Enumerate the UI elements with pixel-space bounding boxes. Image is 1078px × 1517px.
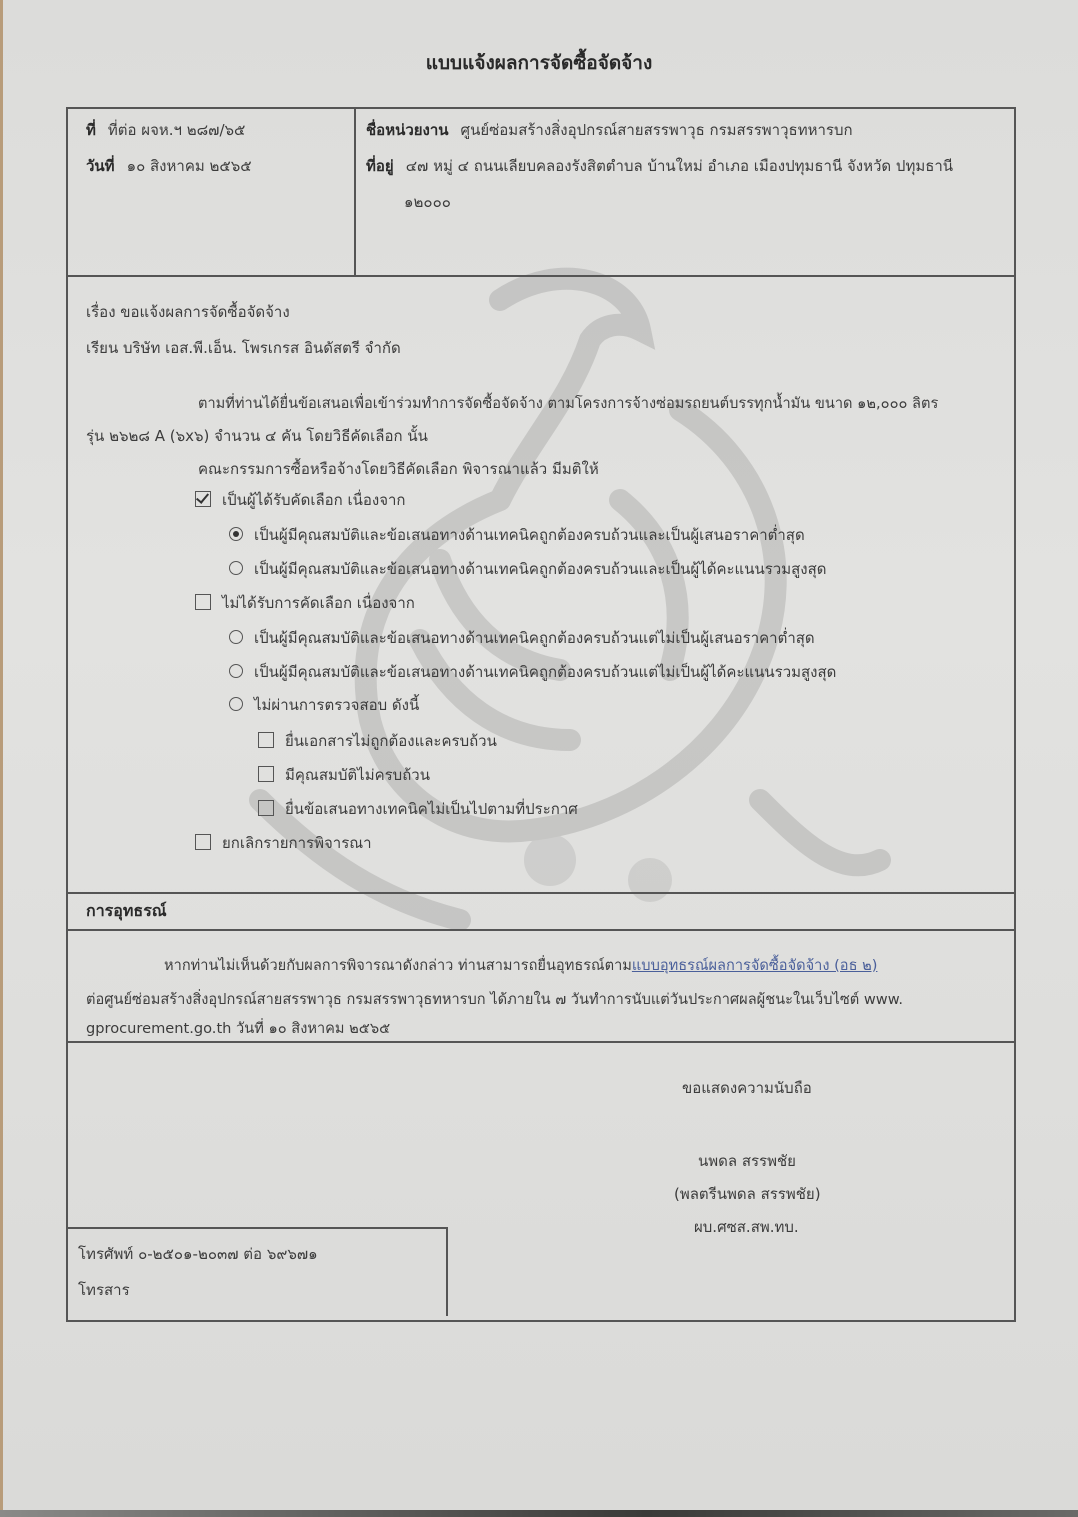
reference-value: ที่ต่อ ผจห.ฯ ๒๘๗/๖๕ [108, 121, 246, 139]
contact-phone: โทรศัพท์ ๐-๒๕๐๑-๒๐๓๗ ต่อ ๖๙๖๗๑ [78, 1242, 318, 1266]
cancelled-checkbox[interactable] [195, 834, 211, 850]
form-frame [66, 107, 1016, 1322]
page-shadow [0, 1510, 1078, 1517]
signer-position: ผบ.ศซส.สพ.ทบ. [694, 1215, 799, 1239]
cancelled-label: ยกเลิกรายการพิจารณา [222, 831, 372, 855]
reason-highest-score-label: เป็นผู้มีคุณสมบัติและข้อเสนอทางด้านเทคนิ… [254, 557, 826, 581]
page-edge [0, 0, 3, 1510]
subject: เรื่อง ขอแจ้งผลการจัดซื้อจัดจ้าง [86, 300, 290, 324]
appeal-bottom-rule [66, 1041, 1016, 1043]
appeal-line1-text: หากท่านไม่เห็นด้วยกับผลการพิจารณาดังกล่า… [164, 957, 632, 974]
reference-label: ที่ [86, 121, 96, 139]
appeal-heading-rule [66, 929, 1016, 931]
header-divider [354, 108, 356, 276]
incomplete-qualification-checkbox[interactable] [258, 766, 274, 782]
contact-fax: โทรสาร [78, 1278, 130, 1302]
committee-decision: คณะกรรมการซื้อหรือจ้างโดยวิธีคัดเลือก พิ… [198, 457, 599, 481]
not-highest-score-radio[interactable] [229, 664, 243, 678]
agency-label: ชื่อหน่วยงาน [366, 121, 449, 139]
technical-mismatch-checkbox[interactable] [258, 800, 274, 816]
address-label: ที่อยู่ [366, 157, 394, 175]
selected-label: เป็นผู้ได้รับคัดเลือก เนื่องจาก [222, 488, 406, 512]
appeal-heading: การอุทธรณ์ [86, 899, 167, 924]
technical-mismatch-label: ยื่นข้อเสนอทางเทคนิคไม่เป็นไปตามที่ประกา… [285, 797, 578, 821]
not-lowest-price-label: เป็นผู้มีคุณสมบัติและข้อเสนอทางด้านเทคนิ… [254, 626, 815, 650]
appeal-line3: gprocurement.go.th วันที่ ๑๐ สิงหาคม ๒๕๖… [86, 1017, 390, 1040]
incomplete-qualification-label: มีคุณสมบัติไม่ครบถ้วน [285, 763, 430, 787]
reason-highest-score-radio[interactable] [229, 561, 243, 575]
invalid-documents-label: ยื่นเอกสารไม่ถูกต้องและครบถ้วน [285, 729, 497, 753]
paragraph-line2: รุ่น ๒๖๒๘ A (๖x๖) จำนวน ๔ คัน โดยวิธีคัด… [86, 424, 428, 448]
failed-inspection-radio[interactable] [229, 697, 243, 711]
agency-value: ศูนย์ซ่อมสร้างสิ่งอุปกรณ์สายสรรพาวุธ กรม… [461, 121, 853, 139]
appeal-top-rule [66, 892, 1016, 894]
recipient: เรียน บริษัท เอส.พี.เอ็น. โพรเกรส อินดัส… [86, 336, 401, 360]
closing-phrase: ขอแสดงความนับถือ [682, 1076, 812, 1100]
appeal-line2: ต่อศูนย์ซ่อมสร้างสิ่งอุปกรณ์สายสรรพาวุธ … [86, 988, 903, 1011]
signer-full-name: (พลตรีนพดล สรรพชัย) [674, 1182, 821, 1206]
date-value: ๑๐ สิงหาคม ๒๕๖๕ [127, 157, 252, 175]
date-label: วันที่ [86, 157, 115, 175]
not-highest-score-label: เป็นผู้มีคุณสมบัติและข้อเสนอทางด้านเทคนิ… [254, 660, 836, 684]
invalid-documents-checkbox[interactable] [258, 732, 274, 748]
contact-box-top [66, 1227, 447, 1229]
document-date: วันที่๑๐ สิงหาคม ๒๕๖๕ [86, 154, 252, 178]
address-line2: ๑๒๐๐๐ [404, 190, 451, 214]
signer-name: นพดล สรรพชัย [698, 1149, 796, 1173]
not-lowest-price-radio[interactable] [229, 630, 243, 644]
contact-box-right [446, 1227, 448, 1316]
address-line1: ๔๗ หมู่ ๔ ถนนเลียบคลองรังสิตตำบล บ้านใหม… [406, 157, 953, 175]
not-selected-label: ไม่ได้รับการคัดเลือก เนื่องจาก [222, 591, 415, 615]
failed-inspection-label: ไม่ผ่านการตรวจสอบ ดังนี้ [254, 693, 419, 717]
reason-lowest-price-label: เป็นผู้มีคุณสมบัติและข้อเสนอทางด้านเทคนิ… [254, 523, 805, 547]
paragraph-line1: ตามที่ท่านได้ยื่นข้อเสนอเพื่อเข้าร่วมทำก… [198, 392, 938, 415]
header-bottom-rule [66, 275, 1016, 277]
agency-name: ชื่อหน่วยงานศูนย์ซ่อมสร้างสิ่งอุปกรณ์สาย… [366, 118, 853, 142]
appeal-line1: หากท่านไม่เห็นด้วยกับผลการพิจารณาดังกล่า… [164, 954, 877, 977]
reference-number: ที่ที่ต่อ ผจห.ฯ ๒๘๗/๖๕ [86, 118, 245, 142]
appeal-form-link[interactable]: แบบอุทธรณ์ผลการจัดซื้อจัดจ้าง (อธ ๒) [632, 957, 878, 974]
agency-address: ที่อยู่๔๗ หมู่ ๔ ถนนเลียบคลองรังสิตตำบล … [366, 154, 953, 178]
reason-lowest-price-radio[interactable] [229, 527, 243, 541]
document-title: แบบแจ้งผลการจัดซื้อจัดจ้าง [0, 48, 1078, 78]
selected-checkbox[interactable] [195, 491, 211, 507]
not-selected-checkbox[interactable] [195, 594, 211, 610]
